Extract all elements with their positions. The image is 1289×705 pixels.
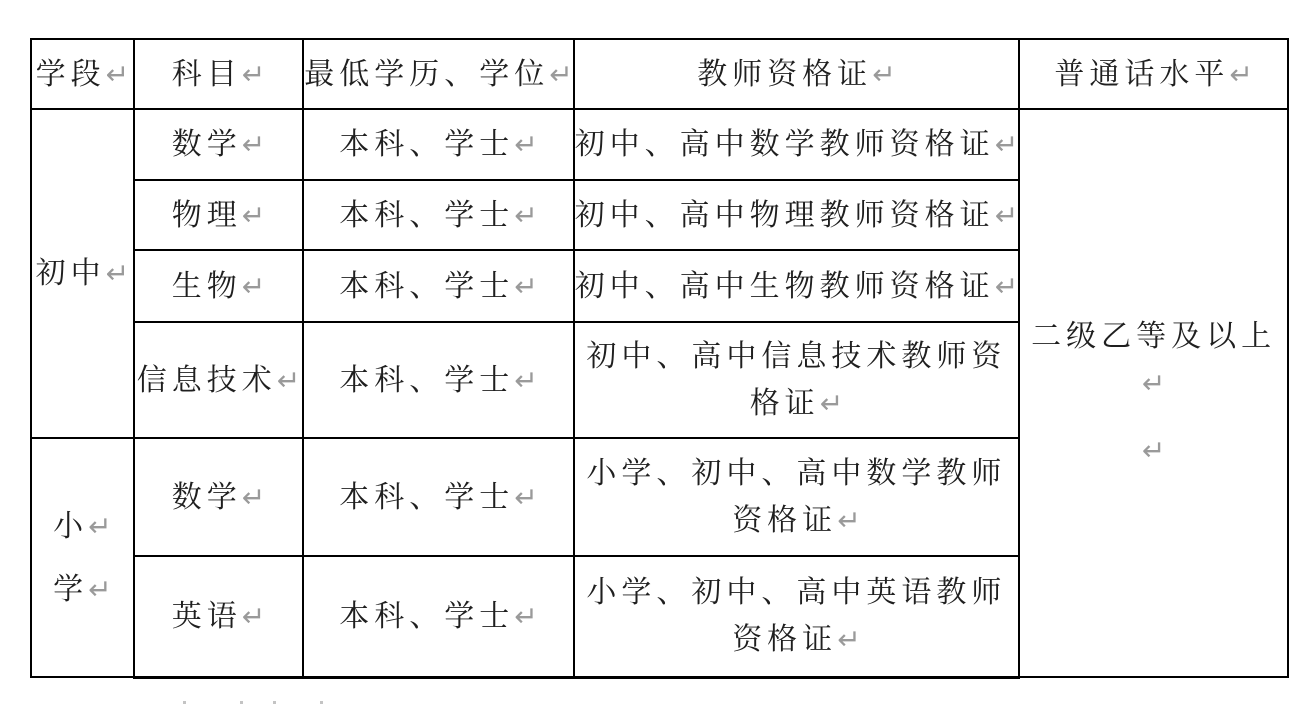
degree-label: 本科、学士 (339, 199, 514, 232)
degree-label: 本科、学士 (339, 364, 514, 397)
pilcrow-mark: ↵ (242, 58, 265, 91)
pilcrow-mark: ↵ (242, 600, 265, 633)
pilcrow-mark: ↵ (995, 270, 1018, 303)
subject-cell: 英语↵ (134, 556, 304, 677)
stage-primary-char2: 学 (53, 573, 88, 606)
header-subject-label: 科目 (172, 58, 242, 91)
degree-cell: 本科、学士↵ (303, 322, 573, 438)
pilcrow-mark: ↵ (106, 58, 129, 91)
pilcrow-mark: ↵ (1142, 367, 1165, 400)
subject-label: 物理 (172, 199, 242, 232)
pilcrow-mark: ↵ (106, 257, 129, 290)
stage-cell-junior: 初中↵ (31, 109, 134, 438)
stage-junior-label: 初中 (36, 257, 106, 290)
subject-cell: 信息技术↵ (134, 322, 304, 438)
subject-label: 生物 (172, 270, 242, 303)
cert-label: 初中、高中生物教师资格证 (575, 270, 995, 303)
cutoff-text-speck (273, 701, 276, 704)
pilcrow-mark: ↵ (549, 58, 572, 91)
header-cert: 教师资格证↵ (574, 39, 1019, 109)
pilcrow-mark: ↵ (820, 387, 843, 420)
cert-label: 小学、初中、高中英语教师资格证 (586, 576, 1006, 656)
pilcrow-mark: ↵ (995, 128, 1018, 161)
degree-label: 本科、学士 (339, 270, 514, 303)
pilcrow-mark: ↵ (514, 199, 537, 232)
cert-label: 初中、高中信息技术教师资格证 (586, 340, 1006, 420)
cert-cell: 初中、高中物理教师资格证↵ (574, 180, 1019, 250)
pilcrow-mark: ↵ (514, 270, 537, 303)
degree-cell: 本科、学士↵ (303, 438, 573, 556)
pilcrow-mark: ↵ (837, 504, 860, 537)
pilcrow-mark: ↵ (277, 364, 300, 397)
requirements-table: 学段↵ 科目↵ 最低学历、学位↵ 教师资格证↵ 普通话水平↵ 初中↵ 数学↵ 本… (30, 38, 1289, 679)
header-stage: 学段↵ (31, 39, 134, 109)
cert-label: 初中、高中数学教师资格证 (575, 128, 995, 161)
pilcrow-mark: ↵ (872, 58, 895, 91)
empty-paragraph: ↵ (1020, 427, 1287, 474)
header-mandarin-label: 普通话水平 (1054, 58, 1229, 91)
subject-cell: 数学↵ (134, 438, 304, 556)
stage-cell-primary: 小↵ 学↵ (31, 438, 134, 677)
cert-cell: 初中、高中生物教师资格证↵ (574, 250, 1019, 322)
pilcrow-mark: ↵ (995, 199, 1018, 232)
pilcrow-mark: ↵ (514, 600, 537, 633)
cutoff-text-speck (240, 701, 243, 704)
cert-label: 小学、初中、高中数学教师资格证 (586, 457, 1006, 537)
header-subject: 科目↵ (134, 39, 304, 109)
subject-cell: 物理↵ (134, 180, 304, 250)
pilcrow-mark: ↵ (242, 199, 265, 232)
pilcrow-mark: ↵ (1142, 434, 1165, 467)
subject-label: 数学 (172, 481, 242, 514)
degree-label: 本科、学士 (339, 128, 514, 161)
cutoff-text-speck (320, 701, 323, 704)
subject-label: 英语 (172, 600, 242, 633)
pilcrow-mark: ↵ (514, 481, 537, 514)
header-degree-label: 最低学历、学位 (304, 58, 549, 91)
stage-primary-line1: 小↵ (32, 503, 133, 550)
table-row: 初中↵ 数学↵ 本科、学士↵ 初中、高中数学教师资格证↵ 二级乙等及以上↵ ↵ (31, 109, 1288, 180)
cert-label: 初中、高中物理教师资格证 (575, 199, 995, 232)
pilcrow-mark: ↵ (242, 270, 265, 303)
cert-cell: 小学、初中、高中英语教师资格证↵ (574, 556, 1019, 677)
subject-label: 数学 (172, 128, 242, 161)
mandarin-level-line: 二级乙等及以上↵ (1020, 313, 1287, 407)
degree-label: 本科、学士 (339, 600, 514, 633)
pilcrow-mark: ↵ (88, 573, 111, 606)
pilcrow-mark: ↵ (837, 623, 860, 656)
cert-cell: 初中、高中信息技术教师资格证↵ (574, 322, 1019, 438)
degree-label: 本科、学士 (339, 481, 514, 514)
subject-cell: 数学↵ (134, 109, 304, 180)
table-header-row: 学段↵ 科目↵ 最低学历、学位↵ 教师资格证↵ 普通话水平↵ (31, 39, 1288, 109)
cert-cell: 小学、初中、高中数学教师资格证↵ (574, 438, 1019, 556)
pilcrow-mark: ↵ (514, 364, 537, 397)
header-degree: 最低学历、学位↵ (303, 39, 573, 109)
header-cert-label: 教师资格证 (697, 58, 872, 91)
subject-cell: 生物↵ (134, 250, 304, 322)
cutoff-text-speck (183, 701, 186, 704)
stage-primary-line2: 学↵ (32, 566, 133, 613)
mandarin-level-cell: 二级乙等及以上↵ ↵ (1019, 109, 1288, 677)
cert-cell: 初中、高中数学教师资格证↵ (574, 109, 1019, 180)
pilcrow-mark: ↵ (242, 128, 265, 161)
pilcrow-mark: ↵ (514, 128, 537, 161)
degree-cell: 本科、学士↵ (303, 109, 573, 180)
degree-cell: 本科、学士↵ (303, 250, 573, 322)
degree-cell: 本科、学士↵ (303, 556, 573, 677)
degree-cell: 本科、学士↵ (303, 180, 573, 250)
pilcrow-mark: ↵ (1229, 58, 1252, 91)
pilcrow-mark: ↵ (242, 481, 265, 514)
header-stage-label: 学段 (36, 58, 106, 91)
subject-label: 信息技术 (137, 364, 277, 397)
header-mandarin: 普通话水平↵ (1019, 39, 1288, 109)
pilcrow-mark: ↵ (88, 510, 111, 543)
mandarin-level-label: 二级乙等及以上 (1031, 320, 1276, 353)
stage-primary-char1: 小 (53, 510, 88, 543)
